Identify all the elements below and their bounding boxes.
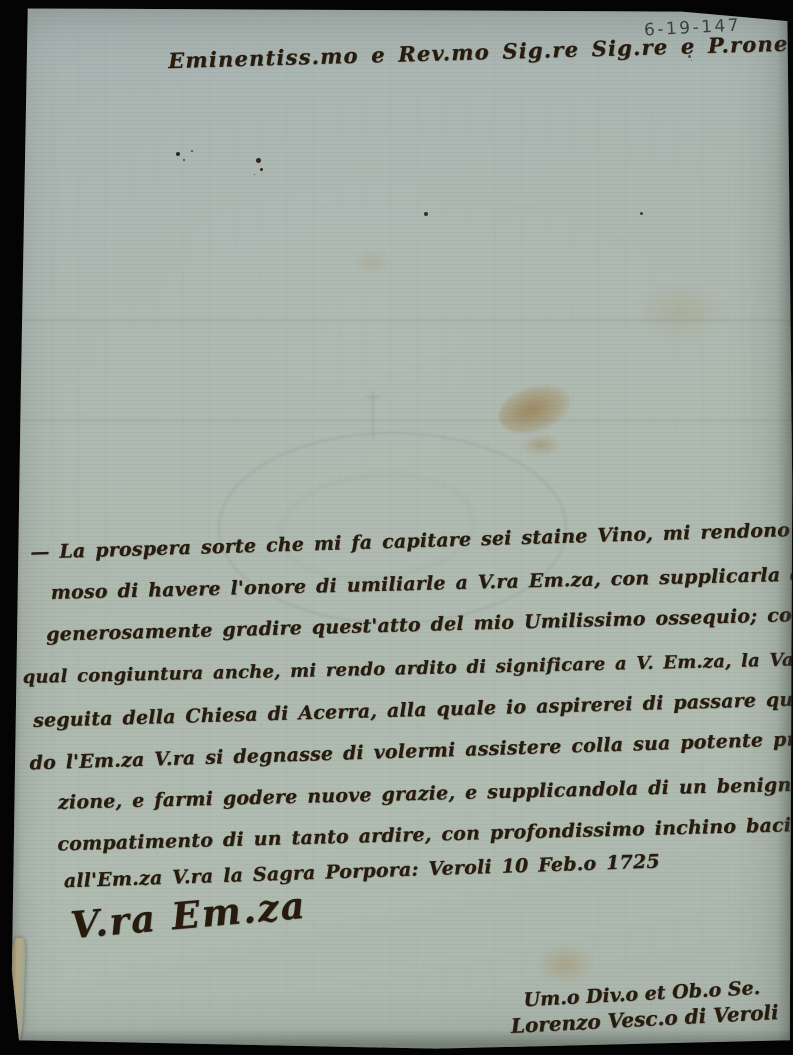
letter-body: — La prospera sorte che mi fa capitare s… (0, 0, 793, 1055)
manuscript-paper: 6-19-147 Eminentiss.mo e Rev.mo Sig.re S… (0, 0, 793, 1055)
body-line-with-date: all'Em.za V.ra la Sagra Porpora: Veroli … (63, 851, 660, 893)
body-line: do l'Em.za V.ra si degnasse di volermi a… (29, 727, 793, 775)
body-line: moso di havere l'onore di umiliarle a V.… (50, 563, 793, 604)
body-line: compatimento di un tanto ardire, con pro… (57, 814, 793, 856)
body-line: zione, e farmi godere nuove grazie, e su… (58, 774, 793, 814)
body-line: — La prospera sorte che mi fa capitare s… (30, 518, 793, 564)
body-line: seguita della Chiesa di Acerra, alla qua… (33, 687, 793, 731)
body-line: generosamente gradire quest'atto del mio… (46, 604, 793, 646)
scan-stage: 6-19-147 Eminentiss.mo e Rev.mo Sig.re S… (0, 0, 793, 1055)
body-line: qual congiuntura anche, mi rendo ardito … (22, 648, 793, 688)
